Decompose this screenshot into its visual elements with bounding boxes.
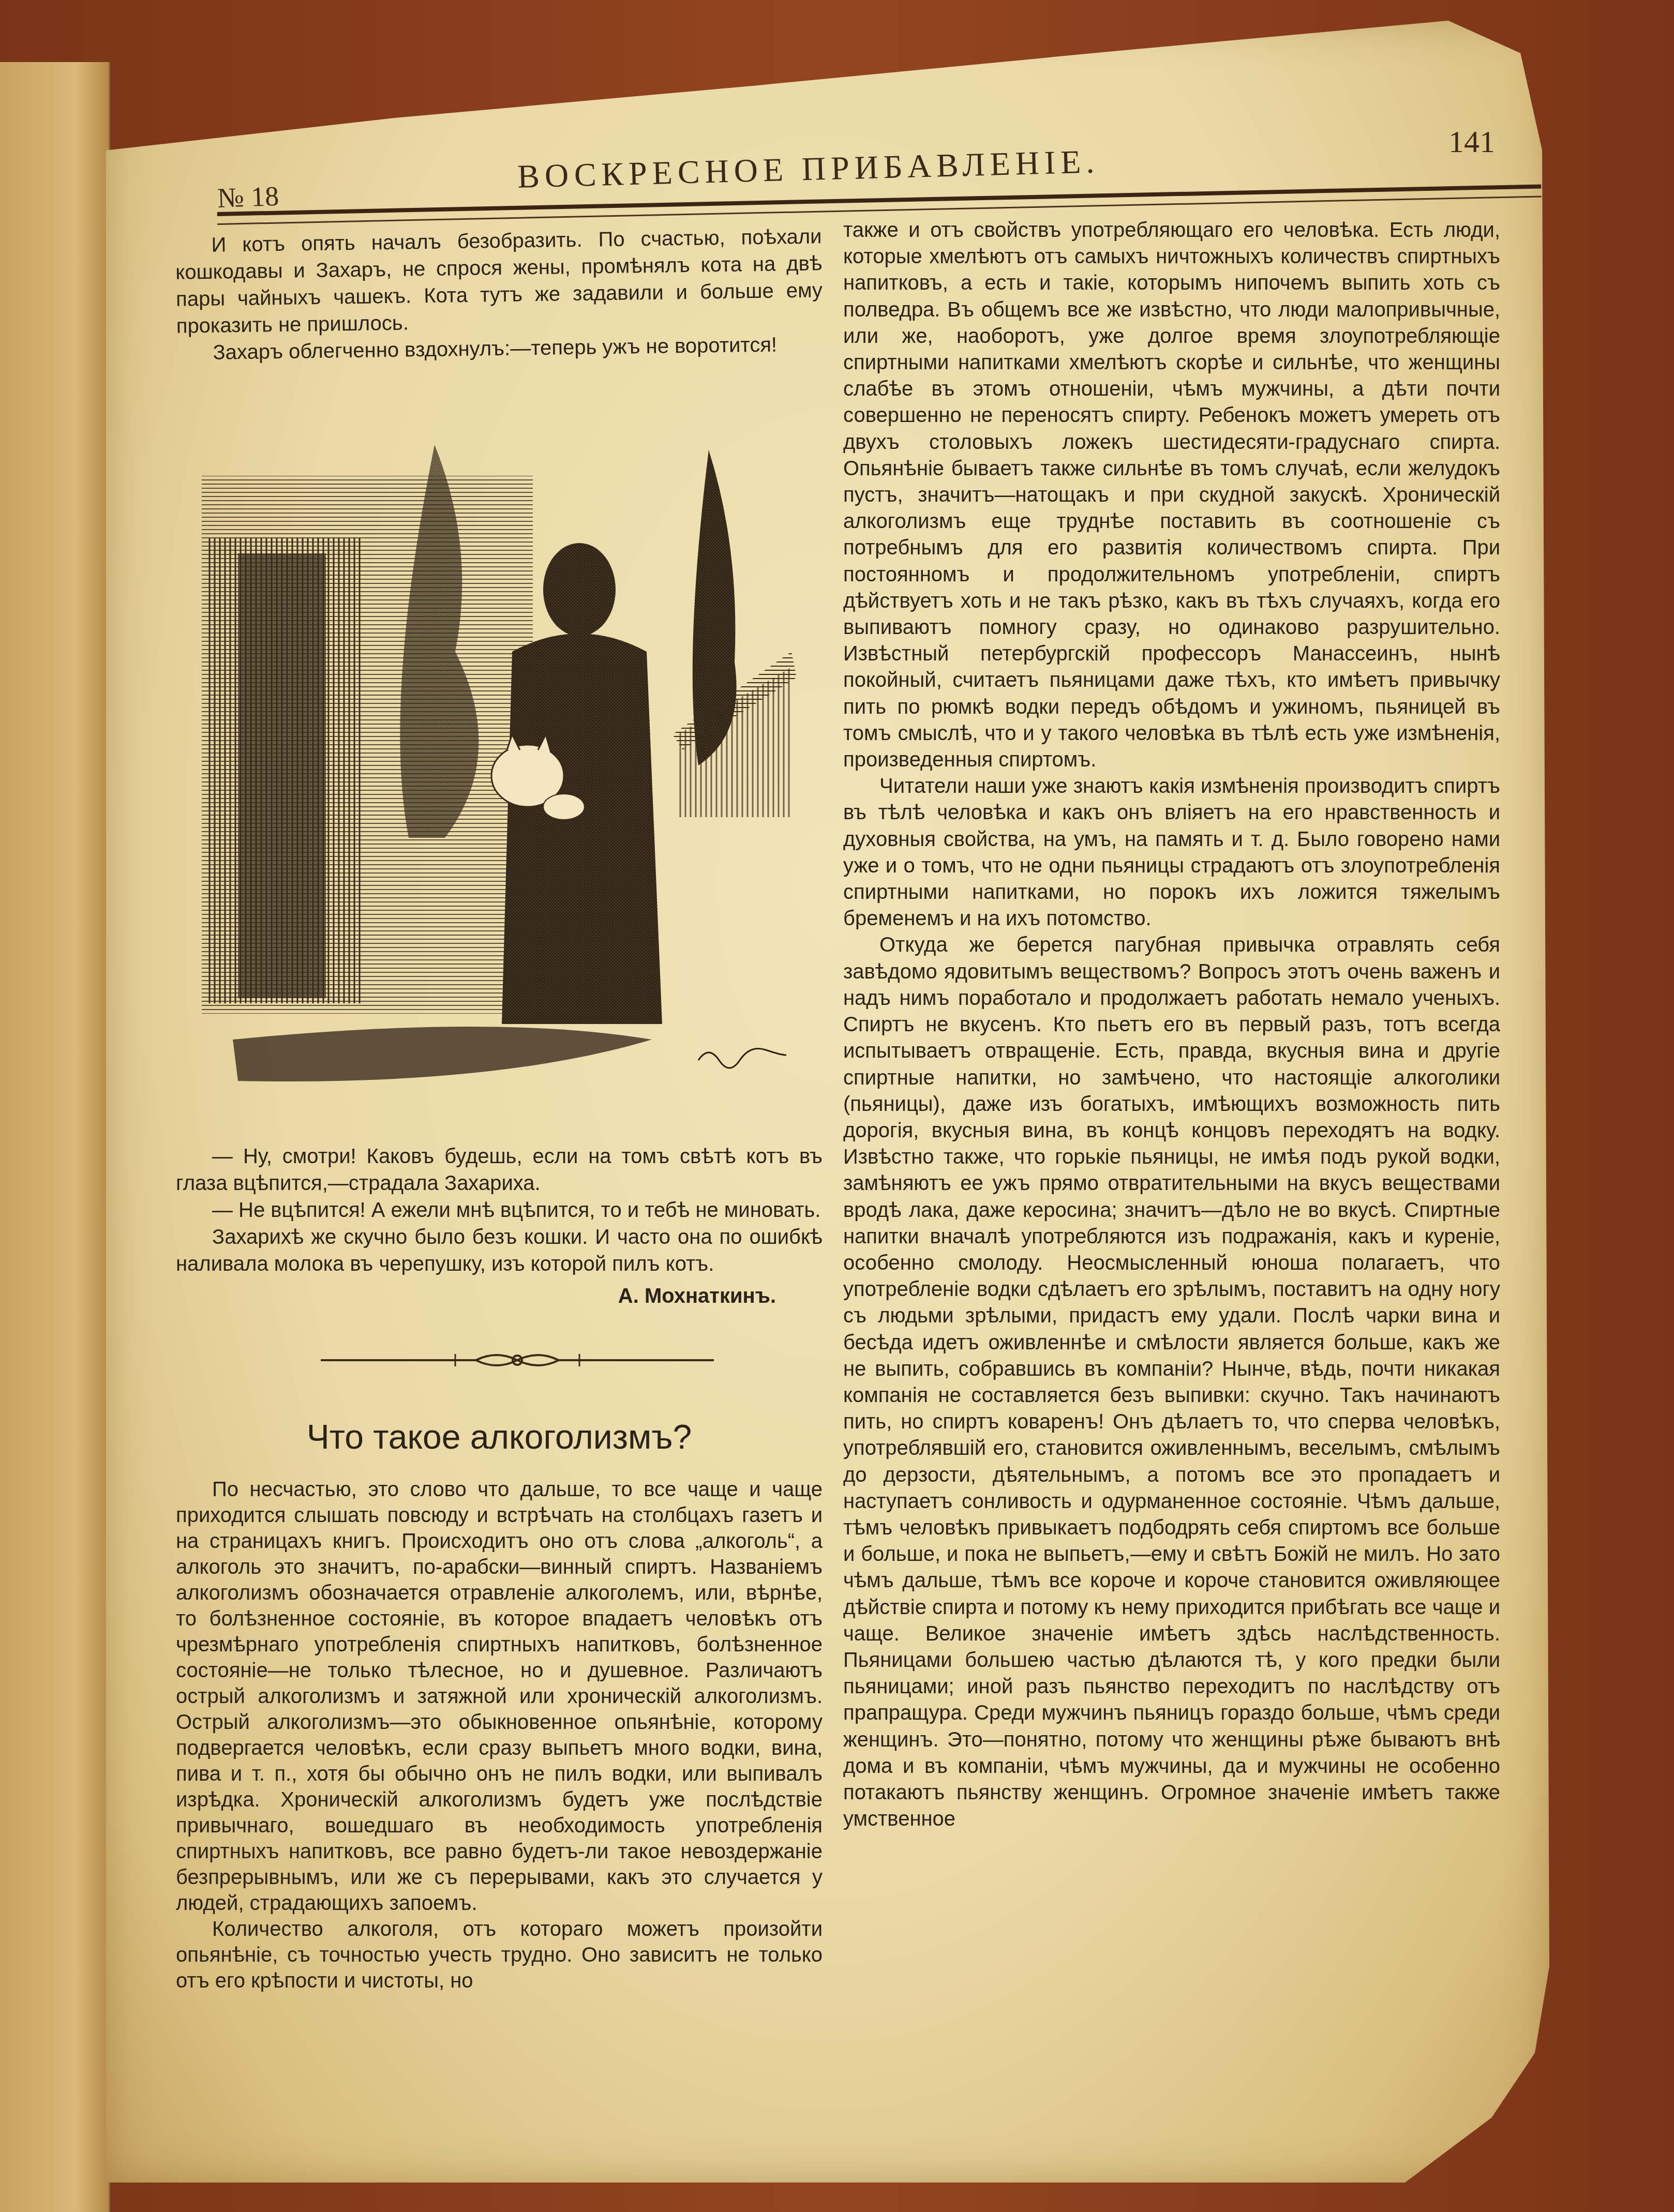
- story-dialogue: — Ну, смотри! Каковъ будешь, если на том…: [176, 1143, 823, 1310]
- article-paragraph: Откуда же берется пагубная привычка отра…: [843, 932, 1500, 1832]
- issue-number: № 18: [217, 180, 279, 214]
- story-ending-text: И котъ опять началъ безобразить. По счас…: [175, 223, 824, 366]
- article-title: Что такое алкоголизмъ?: [176, 1417, 823, 1456]
- article-left-column: По несчастью, это слово что дальше, то в…: [176, 1477, 823, 1994]
- article-paragraph: Читатели наши уже знаютъ какія измѣненія…: [843, 773, 1500, 932]
- page-number: 141: [1448, 124, 1495, 160]
- story-paragraph: И котъ опять началъ безобразить. По счас…: [175, 223, 823, 339]
- adjacent-left-page-edge: [0, 62, 110, 2212]
- dialogue-line: — Ну, смотри! Каковъ будешь, если на том…: [176, 1143, 823, 1197]
- woman-with-cat-engraving-icon: [186, 445, 833, 1096]
- article-paragraph: Количество алкоголя, отъ котораго можетъ…: [176, 1916, 823, 1994]
- article-paragraph: По несчастью, это слово что дальше, то в…: [176, 1477, 823, 1916]
- masthead-title: ВОСКРЕСНОЕ ПРИБАВЛЕНІЕ.: [517, 142, 1100, 195]
- article-paragraph: также и отъ свойствъ употребляющаго его …: [843, 217, 1500, 773]
- author-signature: А. Мохнаткинъ.: [176, 1283, 823, 1310]
- article-right-column: также и отъ свойствъ употребляющаго его …: [843, 217, 1500, 1832]
- ornamental-divider: [321, 1350, 714, 1371]
- engraving-illustration: [186, 445, 833, 1096]
- page-header: № 18 ВОСКРЕСНОЕ ПРИБАВЛЕНІЕ. 141: [217, 124, 1542, 207]
- dialogue-line: — Не вцѣпится! А ежели мнѣ вцѣпится, то …: [176, 1197, 823, 1224]
- dialogue-line: Захарихѣ же скучно было безъ кошки. И ча…: [176, 1224, 823, 1277]
- ornament-icon: [321, 1350, 714, 1371]
